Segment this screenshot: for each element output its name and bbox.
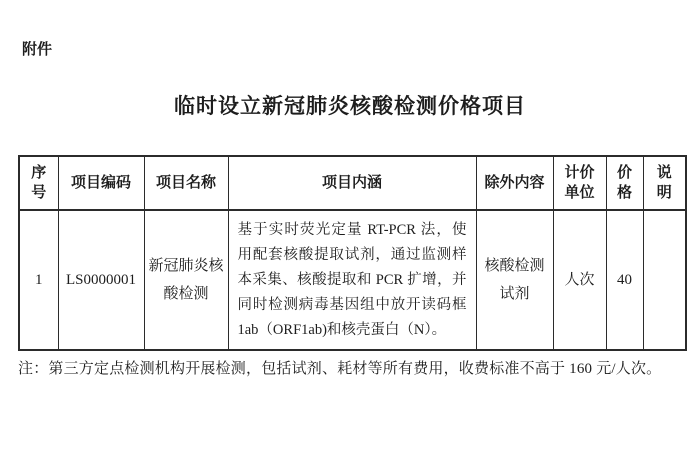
col-header-content: 项目内涵 <box>228 156 476 210</box>
col-header-price: 价格 <box>606 156 643 210</box>
cell-remark <box>643 210 686 350</box>
col-header-code: 项目编码 <box>58 156 144 210</box>
col-header-name: 项目名称 <box>144 156 228 210</box>
col-header-excluded: 除外内容 <box>476 156 553 210</box>
attachment-label: 附件 <box>22 38 52 59</box>
col-header-unit: 计价单位 <box>553 156 606 210</box>
cell-price: 40 <box>606 210 643 350</box>
price-table: 序号 项目编码 项目名称 项目内涵 除外内容 计价单位 价格 说明 1 LS00… <box>18 155 687 351</box>
col-header-remark: 说明 <box>643 156 686 210</box>
cell-excluded: 核酸检测试剂 <box>476 210 553 350</box>
cell-unit: 人次 <box>553 210 606 350</box>
document-page: 附件 临时设立新冠肺炎核酸检测价格项目 序号 项目编码 项目名称 项目内涵 除外… <box>0 0 700 455</box>
cell-name: 新冠肺炎核酸检测 <box>144 210 228 350</box>
col-header-seq: 序号 <box>19 156 58 210</box>
cell-seq: 1 <box>19 210 58 350</box>
table-row: 1 LS0000001 新冠肺炎核酸检测 基于实时荧光定量 RT-PCR 法，使… <box>19 210 686 350</box>
cell-content: 基于实时荧光定量 RT-PCR 法，使用配套核酸提取试剂，通过监测样本采集、核酸… <box>228 210 476 350</box>
table-header-row: 序号 项目编码 项目名称 项目内涵 除外内容 计价单位 价格 说明 <box>19 156 686 210</box>
footnote: 注：第三方定点检测机构开展检测，包括试剂、耗材等所有费用，收费标准不高于 160… <box>18 359 696 381</box>
cell-code: LS0000001 <box>58 210 144 350</box>
page-title: 临时设立新冠肺炎核酸检测价格项目 <box>0 90 700 120</box>
